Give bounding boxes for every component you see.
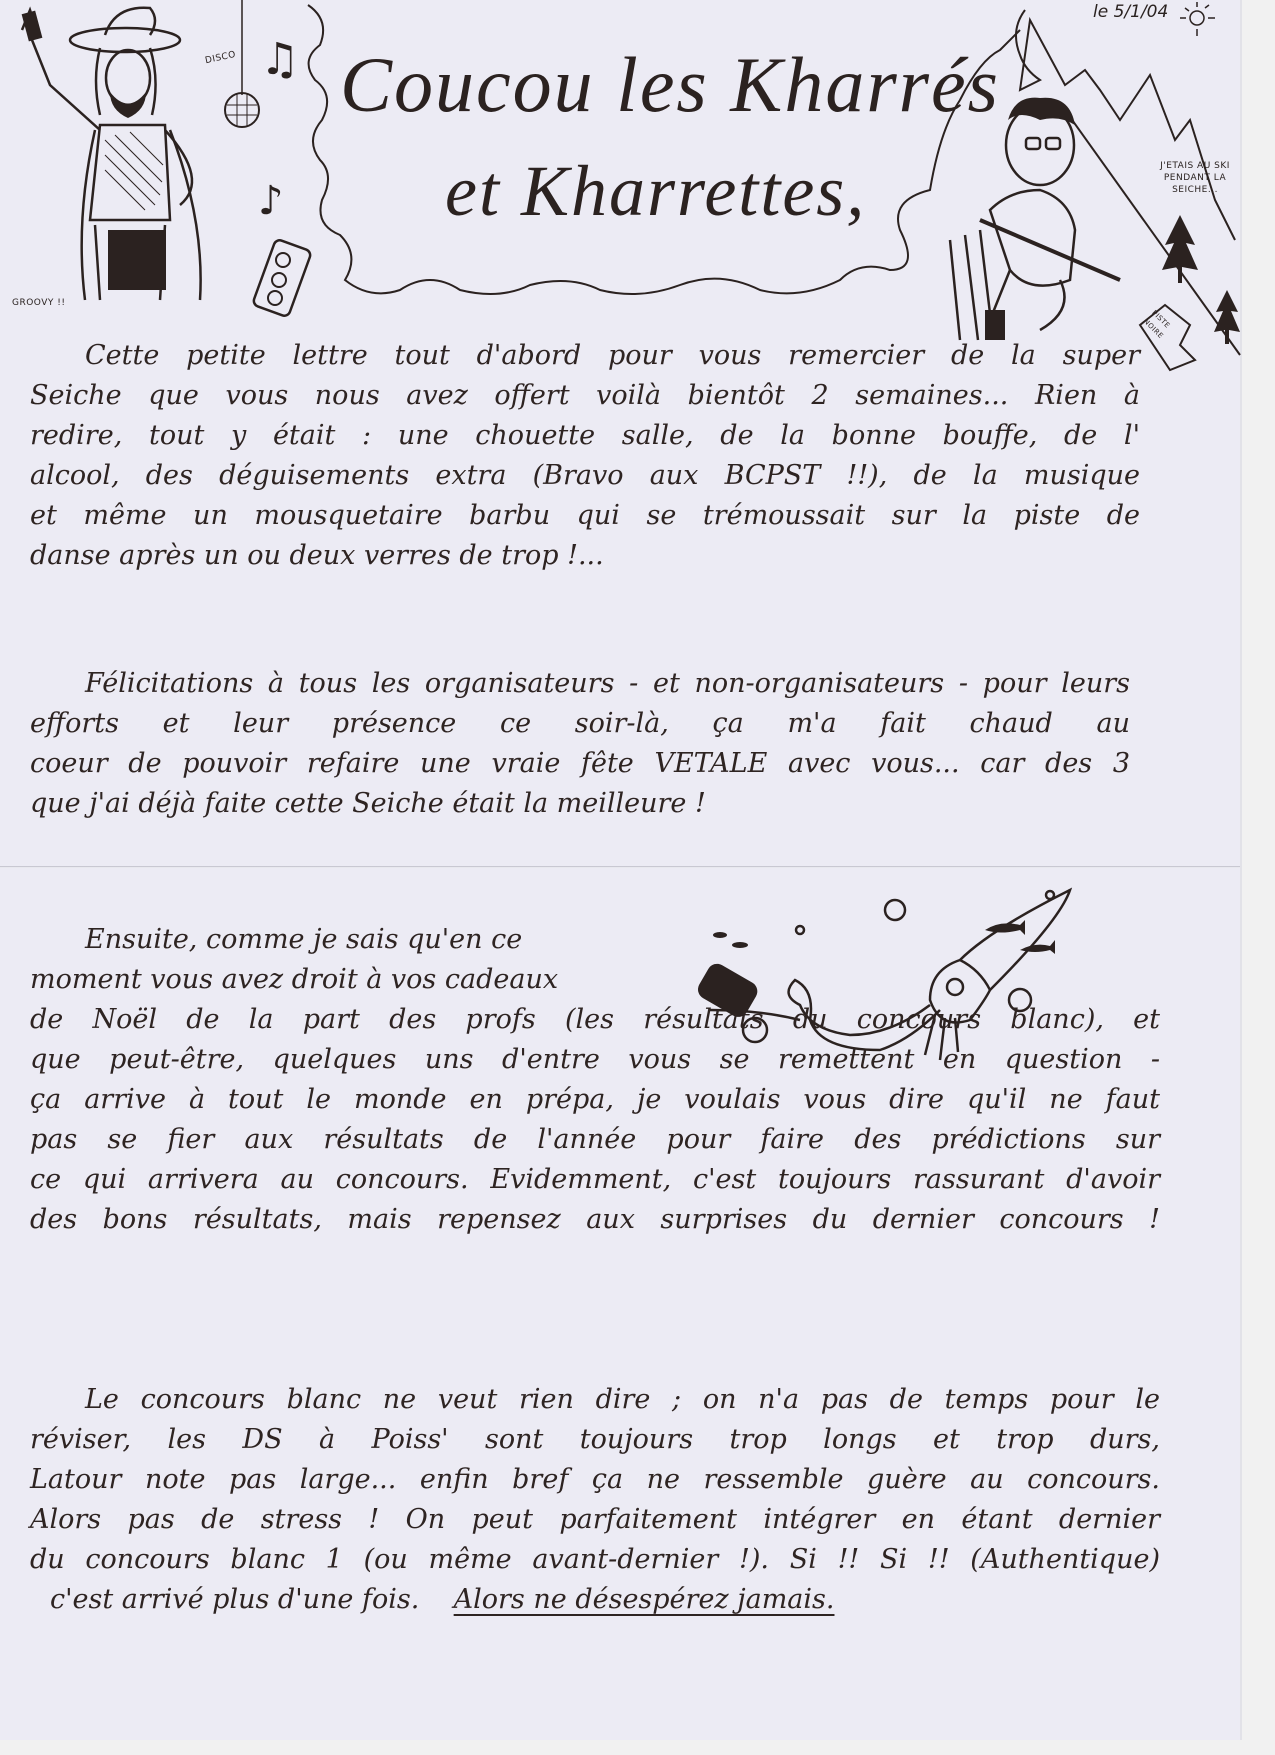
text-line: Seiche que vous nous avez offert voilà b… <box>30 376 1140 416</box>
text-line: que j'ai déjà faite cette Seiche était l… <box>30 784 1130 824</box>
closing-phrase: Alors ne désespérez jamais. <box>454 1584 835 1615</box>
fir-tree-icon <box>1160 215 1200 285</box>
text-line: ce qui arrivera au concours. Evidemment,… <box>30 1160 1160 1200</box>
letter-paragraph-2: Félicitations à tous les organisateurs -… <box>30 664 1130 824</box>
text-line: redire, tout y était : une chouette sall… <box>30 416 1140 456</box>
text-line: Cette petite lettre tout d'abord pour vo… <box>30 336 1140 376</box>
text-line: coeur de pouvoir refaire une vraie fête … <box>30 744 1130 784</box>
letter-title-line2: et Kharrettes, <box>445 150 866 233</box>
text-line: danse après un ou deux verres de trop !.… <box>30 536 1140 576</box>
letter-paper: DISCO GROOVY !! ♫ ♪ Coucou les Kharrés e… <box>0 0 1240 1740</box>
text-line: c'est arrivé plus d'une fois. <box>50 1584 419 1615</box>
text-line: pas se fier aux résultats de l'année pou… <box>30 1120 1160 1160</box>
fir-tree-icon <box>1212 290 1242 345</box>
disco-ball-icon <box>222 0 262 140</box>
letter-paragraph-3: Ensuite, comme je sais qu'en ce moment v… <box>30 920 1160 1240</box>
text-line: efforts et leur présence ce soir-là, ça … <box>30 704 1130 744</box>
skier-drawing <box>930 80 1150 340</box>
text-line: Alors pas de stress ! On peut parfaiteme… <box>30 1500 1160 1540</box>
text-line: et même un mousquetaire barbu qui se tré… <box>30 496 1140 536</box>
text-line: du concours blanc 1 (ou même avant-derni… <box>30 1540 1160 1580</box>
text-line: Latour note pas large... enfin bref ça n… <box>30 1460 1160 1500</box>
text-line: alcool, des déguisements extra (Bravo au… <box>30 456 1140 496</box>
music-note-icon: ♪ <box>258 178 284 224</box>
text-line: que peut-être, quelques uns d'entre vous… <box>30 1040 1160 1080</box>
text-line: de Noël de la part des profs (les résult… <box>30 1000 1160 1040</box>
text-line: Le concours blanc ne veut rien dire ; on… <box>30 1380 1160 1420</box>
text-line: moment vous avez droit à vos cadeaux <box>30 960 630 1000</box>
text-line: réviser, les DS à Poiss' sont toujours t… <box>30 1420 1160 1460</box>
text-line: des bons résultats, mais repensez aux su… <box>30 1200 1160 1240</box>
groovy-label: GROOVY !! <box>12 297 65 309</box>
text-line: Félicitations à tous les organisateurs -… <box>30 664 1130 704</box>
paper-fold-crease <box>0 866 1240 868</box>
text-line: ça arrive à tout le monde en prépa, je v… <box>30 1080 1160 1120</box>
letter-title-line1: Coucou les Kharrés <box>340 40 1000 130</box>
letter-paragraph-1: Cette petite lettre tout d'abord pour vo… <box>30 336 1140 576</box>
speech-bubble-text: J'ETAIS AU SKI PENDANT LA SEICHE... <box>1160 160 1230 196</box>
letter-paragraph-4: Le concours blanc ne veut rien dire ; on… <box>30 1380 1160 1620</box>
music-note-icon: ♫ <box>260 34 299 85</box>
text-line: Ensuite, comme je sais qu'en ce <box>30 920 645 960</box>
text-line-final: c'est arrivé plus d'une fois. Alors ne d… <box>30 1580 1160 1620</box>
